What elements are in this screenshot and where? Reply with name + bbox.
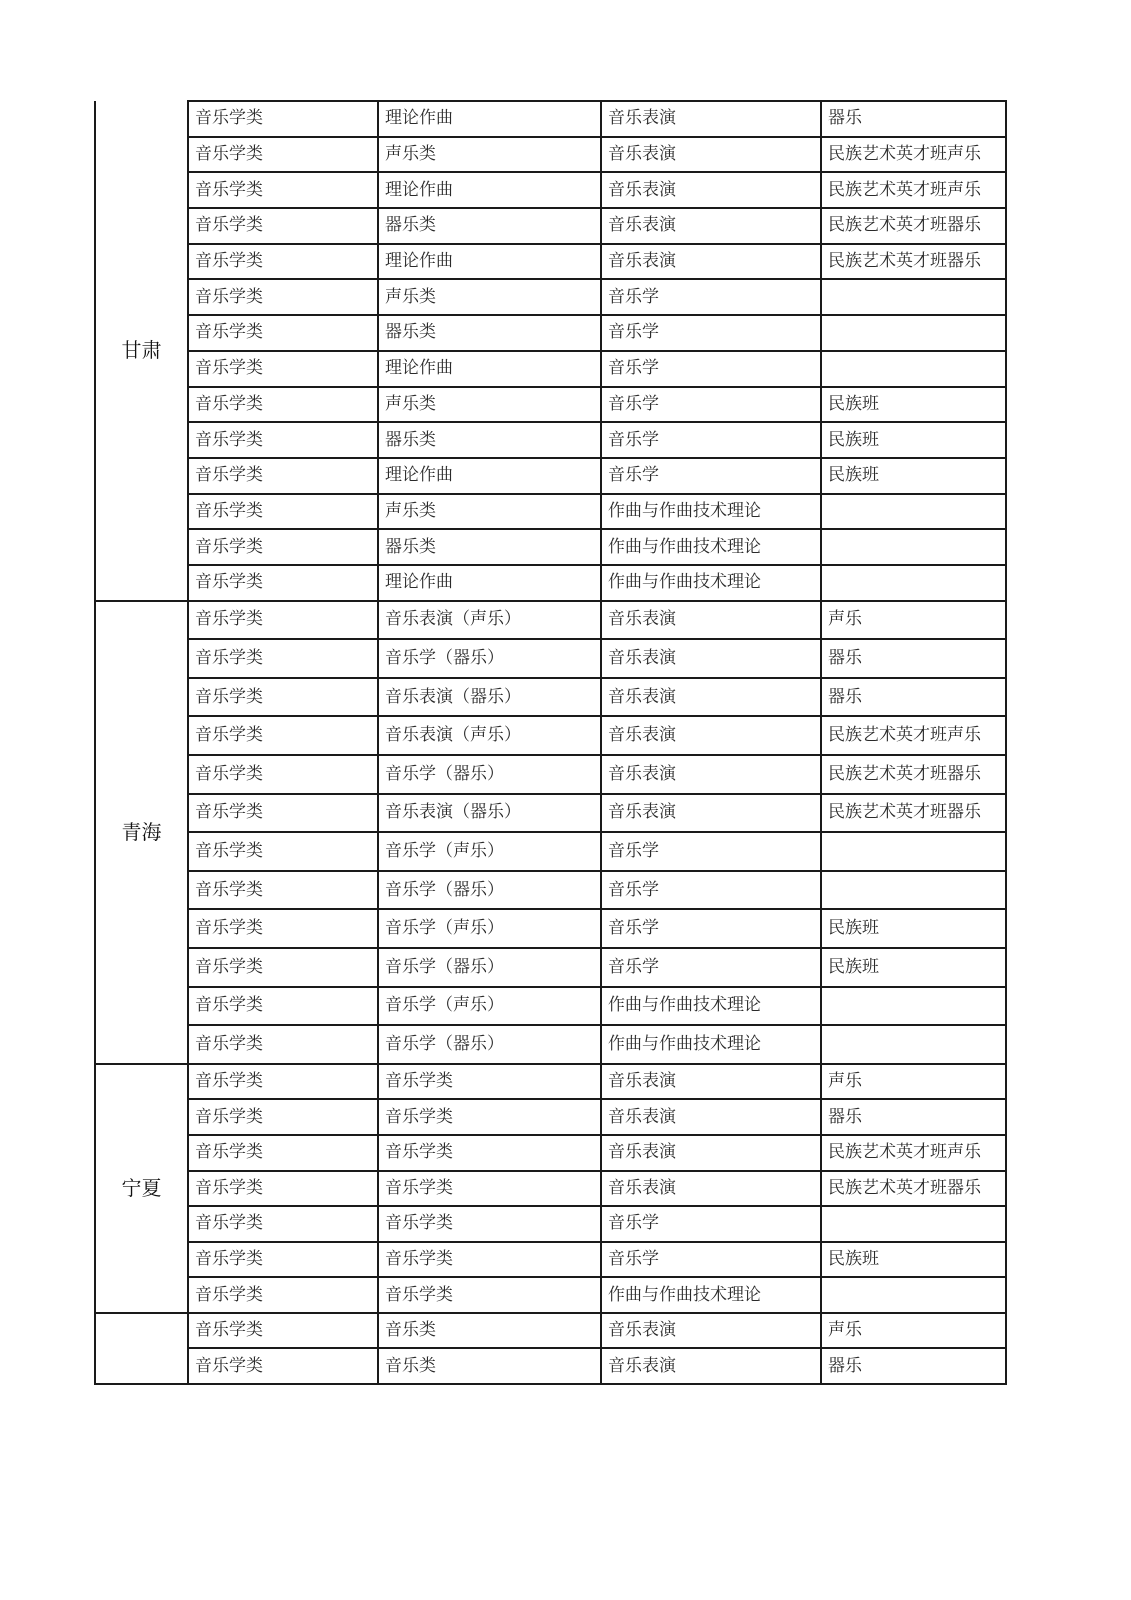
exam-category-cell: 理论作曲: [378, 351, 601, 387]
note-cell: 器乐: [821, 1099, 1006, 1135]
table-body: 甘肃音乐学类理论作曲音乐表演器乐音乐学类声乐类音乐表演民族艺术英才班声乐音乐学类…: [95, 101, 1006, 1384]
table-row: 音乐学类音乐学类作曲与作曲技术理论: [95, 1277, 1006, 1313]
major-cell: 音乐学: [601, 948, 821, 987]
major-cell: 音乐学: [601, 458, 821, 494]
major-cell: 音乐表演: [601, 137, 821, 173]
major-cell: 音乐学: [601, 315, 821, 351]
table-row: 音乐学类音乐学类音乐表演器乐: [95, 1099, 1006, 1135]
major-cell: 作曲与作曲技术理论: [601, 1025, 821, 1064]
table-row: 音乐学类音乐学（器乐）音乐表演民族艺术英才班器乐: [95, 755, 1006, 794]
table-row: 音乐学类理论作曲音乐学民族班: [95, 458, 1006, 494]
table-row: 音乐学类音乐学类音乐表演民族艺术英才班声乐: [95, 1135, 1006, 1171]
major-cell: 音乐学: [601, 387, 821, 423]
exam-category-cell: 音乐学（器乐）: [378, 871, 601, 910]
subject-category-cell: 音乐学类: [188, 948, 378, 987]
table-row: 音乐学类音乐类音乐表演器乐: [95, 1348, 1006, 1384]
note-cell: [821, 315, 1006, 351]
major-cell: 音乐学: [601, 832, 821, 871]
table-row: 音乐学类器乐类音乐表演民族艺术英才班器乐: [95, 208, 1006, 244]
table-row: 甘肃音乐学类理论作曲音乐表演器乐: [95, 101, 1006, 137]
table-row: 音乐学类声乐类音乐表演民族艺术英才班声乐: [95, 137, 1006, 173]
subject-category-cell: 音乐学类: [188, 315, 378, 351]
table-row: 音乐学类理论作曲音乐表演民族艺术英才班声乐: [95, 172, 1006, 208]
exam-category-cell: 声乐类: [378, 494, 601, 530]
subject-category-cell: 音乐学类: [188, 1242, 378, 1278]
exam-category-cell: 音乐表演（器乐）: [378, 678, 601, 717]
note-cell: 民族艺术英才班声乐: [821, 137, 1006, 173]
subject-category-cell: 音乐学类: [188, 1313, 378, 1349]
subject-category-cell: 音乐学类: [188, 208, 378, 244]
table-row: 音乐学类音乐表演（声乐）音乐表演民族艺术英才班声乐: [95, 716, 1006, 755]
exam-category-cell: 理论作曲: [378, 101, 601, 137]
note-cell: [821, 871, 1006, 910]
exam-category-cell: 声乐类: [378, 279, 601, 315]
note-cell: 民族艺术英才班器乐: [821, 208, 1006, 244]
subject-category-cell: 音乐学类: [188, 172, 378, 208]
exam-category-cell: 音乐学类: [378, 1099, 601, 1135]
major-cell: 音乐学: [601, 1242, 821, 1278]
subject-category-cell: 音乐学类: [188, 1277, 378, 1313]
table-row: 音乐学类音乐学类音乐表演民族艺术英才班器乐: [95, 1171, 1006, 1207]
exam-category-cell: 音乐学（器乐）: [378, 639, 601, 678]
note-cell: 器乐: [821, 1348, 1006, 1384]
major-cell: 音乐表演: [601, 1313, 821, 1349]
table-row: 音乐学类音乐学类音乐学: [95, 1206, 1006, 1242]
admission-majors-table: 甘肃音乐学类理论作曲音乐表演器乐音乐学类声乐类音乐表演民族艺术英才班声乐音乐学类…: [94, 100, 1007, 1385]
exam-category-cell: 理论作曲: [378, 565, 601, 601]
major-cell: 音乐表演: [601, 1348, 821, 1384]
document-page: 甘肃音乐学类理论作曲音乐表演器乐音乐学类声乐类音乐表演民族艺术英才班声乐音乐学类…: [0, 0, 1131, 1600]
table-row: 音乐学类音乐学（声乐）音乐学: [95, 832, 1006, 871]
exam-category-cell: 器乐类: [378, 529, 601, 565]
exam-category-cell: 音乐学（声乐）: [378, 987, 601, 1026]
subject-category-cell: 音乐学类: [188, 1025, 378, 1064]
subject-category-cell: 音乐学类: [188, 871, 378, 910]
table-row: 音乐学类音乐学（器乐）音乐学民族班: [95, 948, 1006, 987]
major-cell: 音乐学: [601, 871, 821, 910]
note-cell: [821, 1025, 1006, 1064]
exam-category-cell: 音乐学类: [378, 1242, 601, 1278]
table-row: 音乐学类音乐学类音乐学民族班: [95, 1242, 1006, 1278]
major-cell: 音乐表演: [601, 208, 821, 244]
major-cell: 音乐表演: [601, 1064, 821, 1100]
major-cell: 作曲与作曲技术理论: [601, 494, 821, 530]
subject-category-cell: 音乐学类: [188, 1348, 378, 1384]
major-cell: 音乐表演: [601, 755, 821, 794]
table-row: 音乐学类音乐学（器乐）音乐学: [95, 871, 1006, 910]
major-cell: 音乐表演: [601, 716, 821, 755]
note-cell: 器乐: [821, 678, 1006, 717]
exam-category-cell: 音乐学（器乐）: [378, 755, 601, 794]
exam-category-cell: 音乐学（器乐）: [378, 948, 601, 987]
note-cell: 民族班: [821, 387, 1006, 423]
major-cell: 音乐表演: [601, 101, 821, 137]
note-cell: [821, 565, 1006, 601]
note-cell: 民族班: [821, 909, 1006, 948]
note-cell: 民族艺术英才班声乐: [821, 1135, 1006, 1171]
major-cell: 音乐学: [601, 351, 821, 387]
exam-category-cell: 音乐学类: [378, 1064, 601, 1100]
subject-category-cell: 音乐学类: [188, 1171, 378, 1207]
subject-category-cell: 音乐学类: [188, 639, 378, 678]
major-cell: 音乐表演: [601, 244, 821, 280]
note-cell: 器乐: [821, 639, 1006, 678]
subject-category-cell: 音乐学类: [188, 137, 378, 173]
note-cell: [821, 1206, 1006, 1242]
major-cell: 音乐学: [601, 909, 821, 948]
note-cell: [821, 987, 1006, 1026]
note-cell: [821, 494, 1006, 530]
major-cell: 音乐表演: [601, 172, 821, 208]
subject-category-cell: 音乐学类: [188, 279, 378, 315]
subject-category-cell: 音乐学类: [188, 387, 378, 423]
subject-category-cell: 音乐学类: [188, 678, 378, 717]
note-cell: [821, 351, 1006, 387]
note-cell: 器乐: [821, 101, 1006, 137]
table-row: 音乐学类声乐类音乐学民族班: [95, 387, 1006, 423]
exam-category-cell: 音乐类: [378, 1348, 601, 1384]
major-cell: 音乐表演: [601, 639, 821, 678]
subject-category-cell: 音乐学类: [188, 101, 378, 137]
table-row: 音乐学类器乐类音乐学: [95, 315, 1006, 351]
table-row: 音乐学类理论作曲音乐表演民族艺术英才班器乐: [95, 244, 1006, 280]
note-cell: 民族艺术英才班器乐: [821, 244, 1006, 280]
subject-category-cell: 音乐学类: [188, 832, 378, 871]
exam-category-cell: 音乐表演（声乐）: [378, 716, 601, 755]
table-row: 音乐学类理论作曲音乐学: [95, 351, 1006, 387]
note-cell: 声乐: [821, 1313, 1006, 1349]
note-cell: 声乐: [821, 1064, 1006, 1100]
table-row: 音乐学类音乐学（声乐）音乐学民族班: [95, 909, 1006, 948]
major-cell: 作曲与作曲技术理论: [601, 565, 821, 601]
subject-category-cell: 音乐学类: [188, 1064, 378, 1100]
major-cell: 音乐表演: [601, 601, 821, 640]
subject-category-cell: 音乐学类: [188, 494, 378, 530]
subject-category-cell: 音乐学类: [188, 529, 378, 565]
table-row: 音乐学类音乐表演（器乐）音乐表演民族艺术英才班器乐: [95, 794, 1006, 833]
province-group-ningxia: 宁夏: [95, 1064, 188, 1313]
table-row: 音乐学类音乐类音乐表演声乐: [95, 1313, 1006, 1349]
exam-category-cell: 音乐表演（声乐）: [378, 601, 601, 640]
major-cell: 音乐表演: [601, 678, 821, 717]
exam-category-cell: 音乐学类: [378, 1135, 601, 1171]
subject-category-cell: 音乐学类: [188, 351, 378, 387]
major-cell: 音乐表演: [601, 1099, 821, 1135]
exam-category-cell: 声乐类: [378, 137, 601, 173]
subject-category-cell: 音乐学类: [188, 1135, 378, 1171]
table-row: 音乐学类器乐类音乐学民族班: [95, 422, 1006, 458]
table-row: 音乐学类器乐类作曲与作曲技术理论: [95, 529, 1006, 565]
exam-category-cell: 理论作曲: [378, 458, 601, 494]
major-cell: 作曲与作曲技术理论: [601, 1277, 821, 1313]
table-row: 音乐学类音乐表演（器乐）音乐表演器乐: [95, 678, 1006, 717]
table-row: 音乐学类音乐学（器乐）作曲与作曲技术理论: [95, 1025, 1006, 1064]
exam-category-cell: 理论作曲: [378, 172, 601, 208]
subject-category-cell: 音乐学类: [188, 794, 378, 833]
note-cell: 民族艺术英才班声乐: [821, 172, 1006, 208]
major-cell: 音乐表演: [601, 1171, 821, 1207]
note-cell: [821, 529, 1006, 565]
table-row: 青海音乐学类音乐表演（声乐）音乐表演声乐: [95, 601, 1006, 640]
exam-category-cell: 声乐类: [378, 387, 601, 423]
note-cell: 民族班: [821, 422, 1006, 458]
subject-category-cell: 音乐学类: [188, 1099, 378, 1135]
exam-category-cell: 音乐学（器乐）: [378, 1025, 601, 1064]
table-row: 音乐学类音乐学（声乐）作曲与作曲技术理论: [95, 987, 1006, 1026]
exam-category-cell: 音乐类: [378, 1313, 601, 1349]
subject-category-cell: 音乐学类: [188, 244, 378, 280]
subject-category-cell: 音乐学类: [188, 1206, 378, 1242]
subject-category-cell: 音乐学类: [188, 458, 378, 494]
exam-category-cell: 器乐类: [378, 315, 601, 351]
major-cell: 音乐表演: [601, 794, 821, 833]
subject-category-cell: 音乐学类: [188, 909, 378, 948]
exam-category-cell: 理论作曲: [378, 244, 601, 280]
major-cell: 音乐学: [601, 1206, 821, 1242]
major-cell: 作曲与作曲技术理论: [601, 529, 821, 565]
major-cell: 音乐表演: [601, 1135, 821, 1171]
major-cell: 作曲与作曲技术理论: [601, 987, 821, 1026]
province-group-continued: [95, 1313, 188, 1384]
note-cell: [821, 832, 1006, 871]
exam-category-cell: 音乐学（声乐）: [378, 909, 601, 948]
note-cell: 民族艺术英才班器乐: [821, 1171, 1006, 1207]
note-cell: 民族班: [821, 458, 1006, 494]
subject-category-cell: 音乐学类: [188, 422, 378, 458]
exam-category-cell: 器乐类: [378, 208, 601, 244]
note-cell: 声乐: [821, 601, 1006, 640]
major-cell: 音乐学: [601, 422, 821, 458]
note-cell: 民族艺术英才班声乐: [821, 716, 1006, 755]
exam-category-cell: 音乐表演（器乐）: [378, 794, 601, 833]
subject-category-cell: 音乐学类: [188, 716, 378, 755]
exam-category-cell: 音乐学类: [378, 1206, 601, 1242]
table-row: 音乐学类声乐类作曲与作曲技术理论: [95, 494, 1006, 530]
exam-category-cell: 器乐类: [378, 422, 601, 458]
note-cell: [821, 279, 1006, 315]
major-cell: 音乐学: [601, 279, 821, 315]
province-group-gansu: 甘肃: [95, 101, 188, 601]
subject-category-cell: 音乐学类: [188, 565, 378, 601]
subject-category-cell: 音乐学类: [188, 987, 378, 1026]
note-cell: 民族艺术英才班器乐: [821, 755, 1006, 794]
note-cell: [821, 1277, 1006, 1313]
table-row: 宁夏音乐学类音乐学类音乐表演声乐: [95, 1064, 1006, 1100]
province-group-qinghai: 青海: [95, 601, 188, 1064]
table-row: 音乐学类音乐学（器乐）音乐表演器乐: [95, 639, 1006, 678]
table-row: 音乐学类理论作曲作曲与作曲技术理论: [95, 565, 1006, 601]
note-cell: 民族班: [821, 948, 1006, 987]
note-cell: 民族艺术英才班器乐: [821, 794, 1006, 833]
exam-category-cell: 音乐学类: [378, 1171, 601, 1207]
exam-category-cell: 音乐学类: [378, 1277, 601, 1313]
subject-category-cell: 音乐学类: [188, 755, 378, 794]
table-row: 音乐学类声乐类音乐学: [95, 279, 1006, 315]
note-cell: 民族班: [821, 1242, 1006, 1278]
subject-category-cell: 音乐学类: [188, 601, 378, 640]
exam-category-cell: 音乐学（声乐）: [378, 832, 601, 871]
